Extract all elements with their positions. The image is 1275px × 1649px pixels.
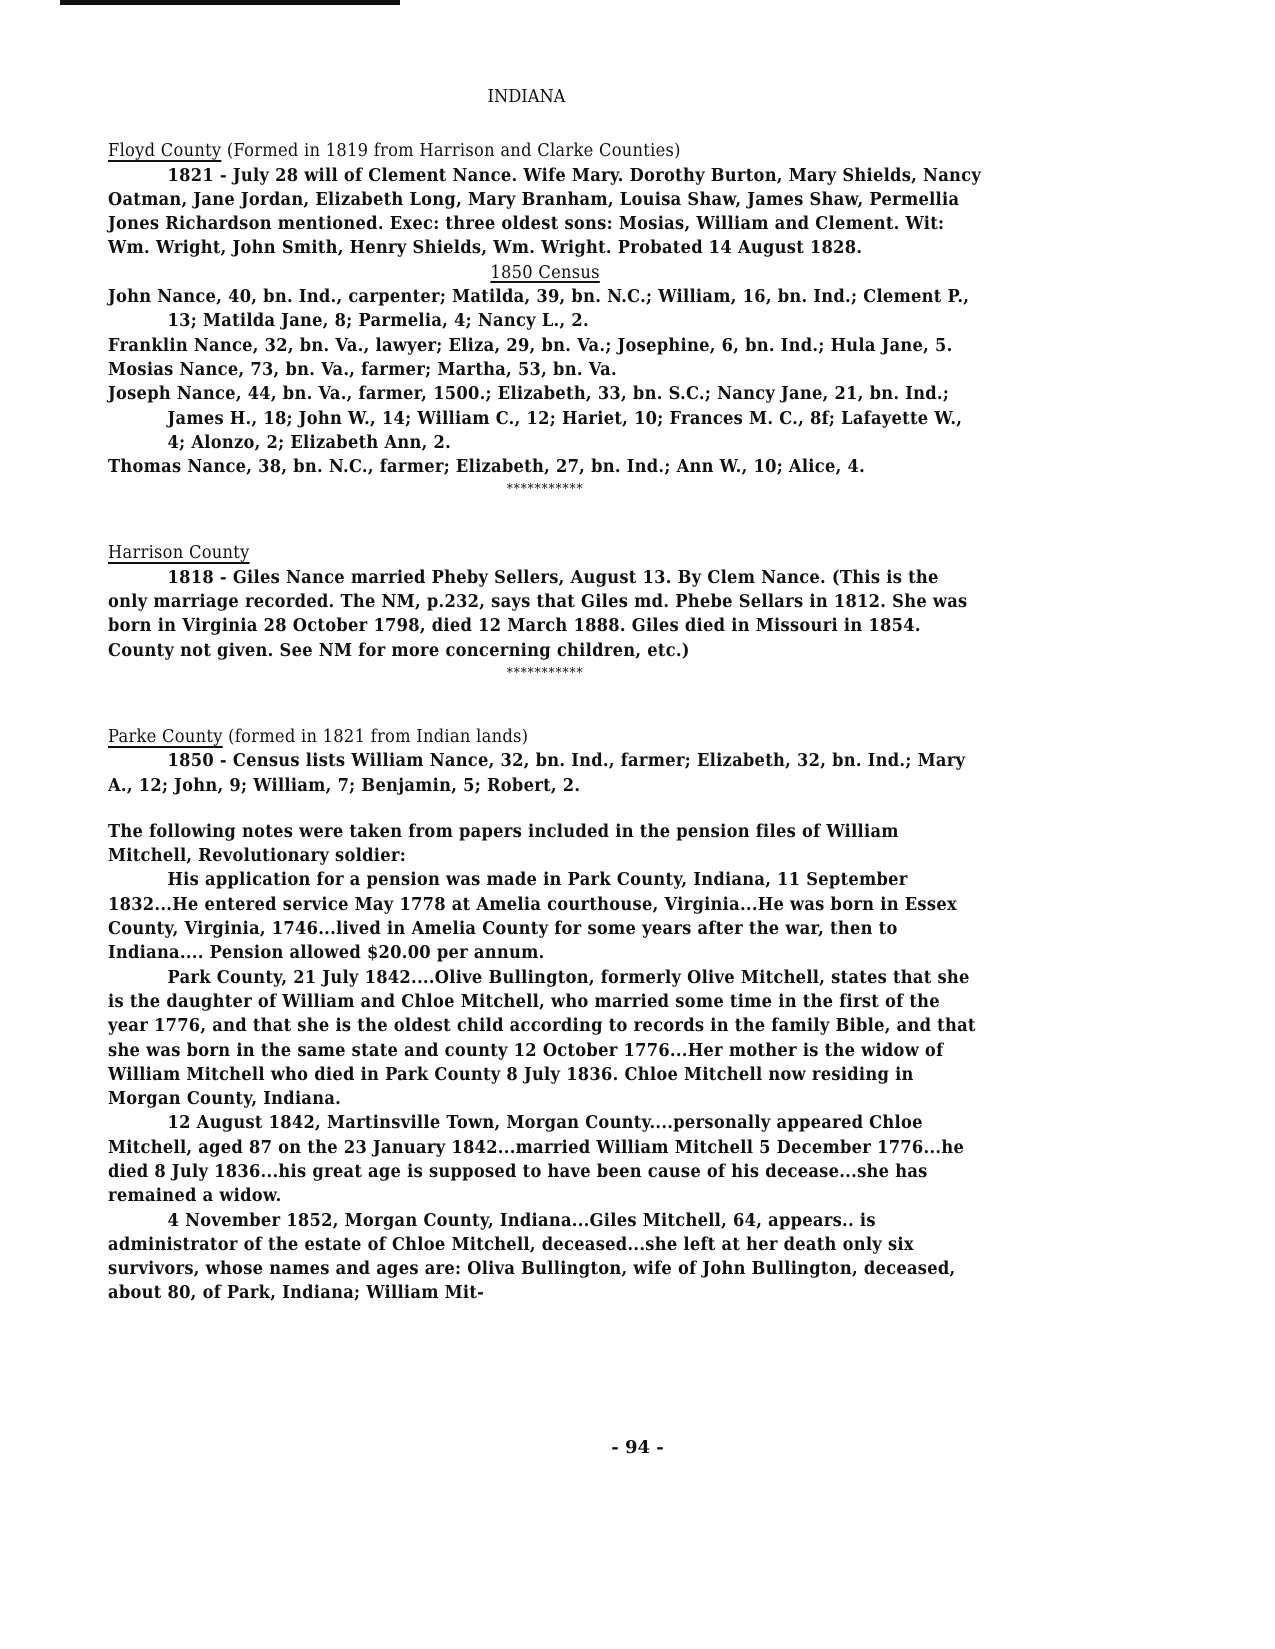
county-note: (formed in 1821 from Indian lands) xyxy=(223,727,529,747)
section-separator: *********** xyxy=(108,479,982,501)
page-title: INDIANA xyxy=(71,85,982,109)
census-entry: 1850 - Census lists William Nance, 32, b… xyxy=(108,749,982,798)
census-entry: Mosias Nance, 73, bn. Va., farmer; Marth… xyxy=(108,358,982,382)
pension-paragraph: His application for a pension was made i… xyxy=(108,868,982,965)
pension-paragraph: Park County, 21 July 1842....Olive Bulli… xyxy=(108,966,982,1112)
section-heading: Floyd County (Formed in 1819 from Harris… xyxy=(108,139,982,163)
census-entry: John Nance, 40, bn. Ind., carpenter; Mat… xyxy=(108,285,982,334)
census-entry: Thomas Nance, 38, bn. N.C., farmer; Eliz… xyxy=(108,455,982,479)
county-name: Floyd County xyxy=(108,141,221,161)
pension-paragraph: 4 November 1852, Morgan County, Indiana.… xyxy=(108,1209,982,1306)
census-subheading-wrap: 1850 Census xyxy=(108,261,982,285)
section-parke-county: Parke County (formed in 1821 from Indian… xyxy=(108,725,982,1306)
pension-intro: The following notes were taken from pape… xyxy=(108,820,982,869)
county-note: (Formed in 1819 from Harrison and Clarke… xyxy=(221,141,680,161)
census-entry: Joseph Nance, 44, bn. Va., farmer, 1500.… xyxy=(108,382,982,455)
spacer xyxy=(108,501,982,541)
section-heading: Harrison County xyxy=(108,541,982,565)
census-subheading: 1850 Census xyxy=(490,263,599,283)
section-floyd-county: Floyd County (Formed in 1819 from Harris… xyxy=(108,139,982,501)
marriage-entry: 1818 - Giles Nance married Pheby Sellers… xyxy=(108,566,982,663)
document-page: INDIANA Floyd County (Formed in 1819 fro… xyxy=(108,85,982,1306)
county-name: Harrison County xyxy=(108,543,250,563)
page-number: - 94 - xyxy=(0,1437,1275,1458)
scan-edge-bar xyxy=(60,0,400,5)
spacer xyxy=(108,798,982,820)
pension-paragraph: 12 August 1842, Martinsville Town, Morga… xyxy=(108,1111,982,1208)
spacer xyxy=(108,685,982,725)
section-harrison-county: Harrison County 1818 - Giles Nance marri… xyxy=(108,541,982,684)
will-entry: 1821 - July 28 will of Clement Nance. Wi… xyxy=(108,164,982,261)
census-entry: Franklin Nance, 32, bn. Va., lawyer; Eli… xyxy=(108,334,982,358)
county-name: Parke County xyxy=(108,727,223,747)
section-separator: *********** xyxy=(108,663,982,685)
section-heading: Parke County (formed in 1821 from Indian… xyxy=(108,725,982,749)
